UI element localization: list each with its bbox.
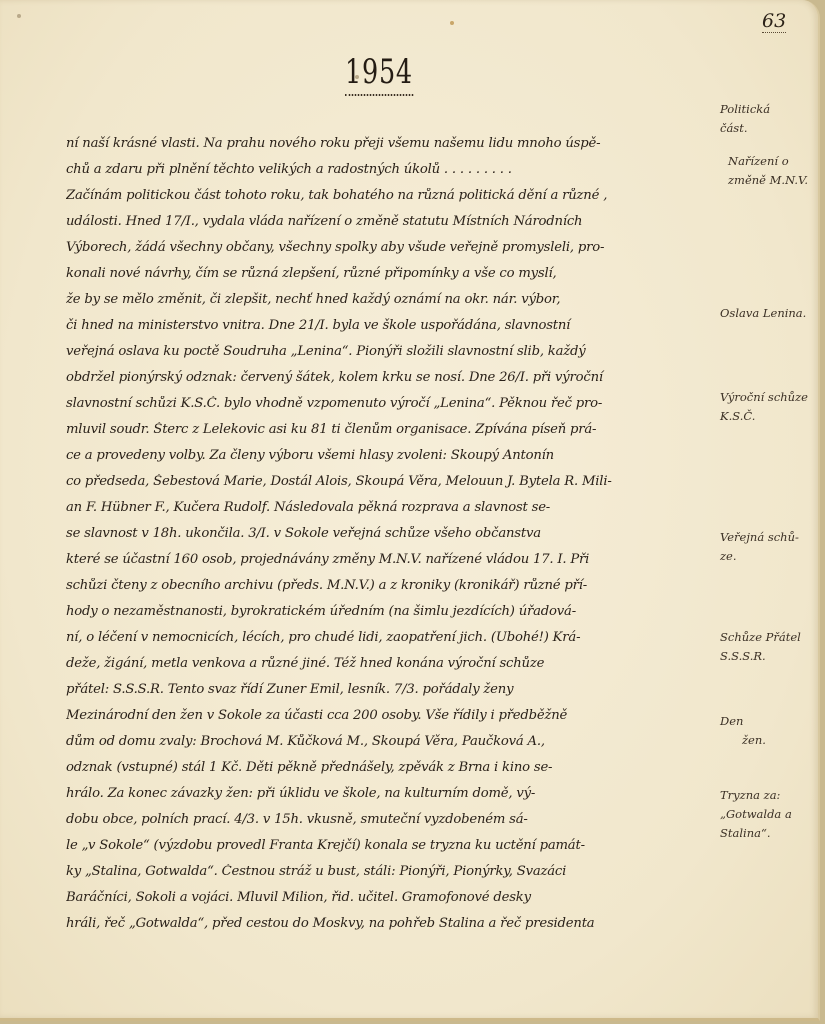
text-line: ky „Stalina, Gotwalda“. Čestnou stráž u … bbox=[66, 864, 706, 879]
text-line: Začínám politickou část tohoto roku, tak… bbox=[66, 188, 706, 203]
text-line: mluvil soudr. Šterc z Lelekovic asi ku 8… bbox=[66, 422, 706, 437]
text-line: Baráčníci, Sokoli a vojáci. Mluvil Milio… bbox=[66, 890, 706, 905]
text-line: že by se mělo změnit, či zlepšit, nechť … bbox=[66, 292, 706, 307]
text-line: ní naší krásné vlasti. Na prahu nového r… bbox=[66, 136, 706, 151]
text-line: se slavnost v 18h. ukončila. 3/I. v Soko… bbox=[66, 526, 706, 541]
page-number: 63 bbox=[762, 10, 786, 33]
margin-note-friends-ussr: Schůze Přátel S.S.S.R. bbox=[720, 628, 820, 666]
text-line: an F. Hübner F., Kučera Rudolf. Následov… bbox=[66, 500, 706, 515]
text-line: slavnostní schůzi K.S.Č. bylo vhodně vzp… bbox=[66, 396, 706, 411]
margin-note-public-meeting: Veřejná schů- ze. bbox=[720, 528, 820, 566]
text-line: či hned na ministerstvo vnitra. Dne 21/I… bbox=[66, 318, 706, 333]
text-line: veřejná oslava ku poctě Soudruha „Lenina… bbox=[66, 344, 706, 359]
margin-note-memorial: Tryzna za: „Gotwalda a Stalina“. bbox=[720, 786, 820, 843]
text-line: Mezinárodní den žen v Sokole za účasti c… bbox=[66, 708, 706, 723]
text-line: deže, žigání, metla venkova a různé jiné… bbox=[66, 656, 706, 671]
page-title: 1954 bbox=[345, 52, 413, 96]
text-line: hráli, řeč „Gotwalda“, před cestou do Mo… bbox=[66, 916, 706, 931]
text-line: které se účastní 160 osob, projednávány … bbox=[66, 552, 706, 567]
text-line: ce a provedeny volby. Za členy výboru vš… bbox=[66, 448, 706, 463]
margin-note-mnv-decree: Nařízení o změně M.N.V. bbox=[728, 152, 825, 190]
margin-note-womens-day: Den žen. bbox=[720, 712, 820, 750]
text-line: dobu obce, polních prací. 4/3. v 15h. vk… bbox=[66, 812, 706, 827]
text-line: odznak (vstupné) stál 1 Kč. Děti pěkně p… bbox=[66, 760, 706, 775]
text-line: hody o nezaměstnanosti, byrokratickém úř… bbox=[66, 604, 706, 619]
text-line: co předseda, Šebestová Marie, Dostál Alo… bbox=[66, 474, 706, 489]
margin-note-political-part: Politická část. bbox=[720, 100, 820, 138]
paper-spot bbox=[17, 14, 21, 18]
text-line: hrálo. Za konec závazky žen: při úklidu … bbox=[66, 786, 706, 801]
paper-spot bbox=[450, 21, 454, 25]
text-line: dům od domu zvaly: Brochová M. Kůčková M… bbox=[66, 734, 706, 749]
margin-note-lenin-celebration: Oslava Lenina. bbox=[720, 304, 820, 323]
text-line: události. Hned 17/I., vydala vláda naříz… bbox=[66, 214, 706, 229]
text-line: ní, o léčení v nemocnicích, lécích, pro … bbox=[66, 630, 706, 645]
chronicle-page: 63 1954 ní naší krásné vlasti. Na prahu … bbox=[0, 0, 820, 1021]
text-line: přátel: S.S.S.R. Tento svaz řídí Zuner E… bbox=[66, 682, 706, 697]
margin-note-ksc-annual-meeting: Výroční schůze K.S.Č. bbox=[720, 388, 820, 426]
text-line: konali nové návrhy, čím se různá zlepšen… bbox=[66, 266, 706, 281]
text-line: schůzi čteny z obecního archivu (předs. … bbox=[66, 578, 706, 593]
text-line: chů a zdaru při plnění těchto velikých a… bbox=[66, 162, 706, 177]
text-line: le „v Sokole“ (výzdobu provedl Franta Kr… bbox=[66, 838, 706, 853]
text-line: Výborech, žádá všechny občany, všechny s… bbox=[66, 240, 706, 255]
text-line: obdržel pionýrský odznak: červený šátek,… bbox=[66, 370, 706, 385]
